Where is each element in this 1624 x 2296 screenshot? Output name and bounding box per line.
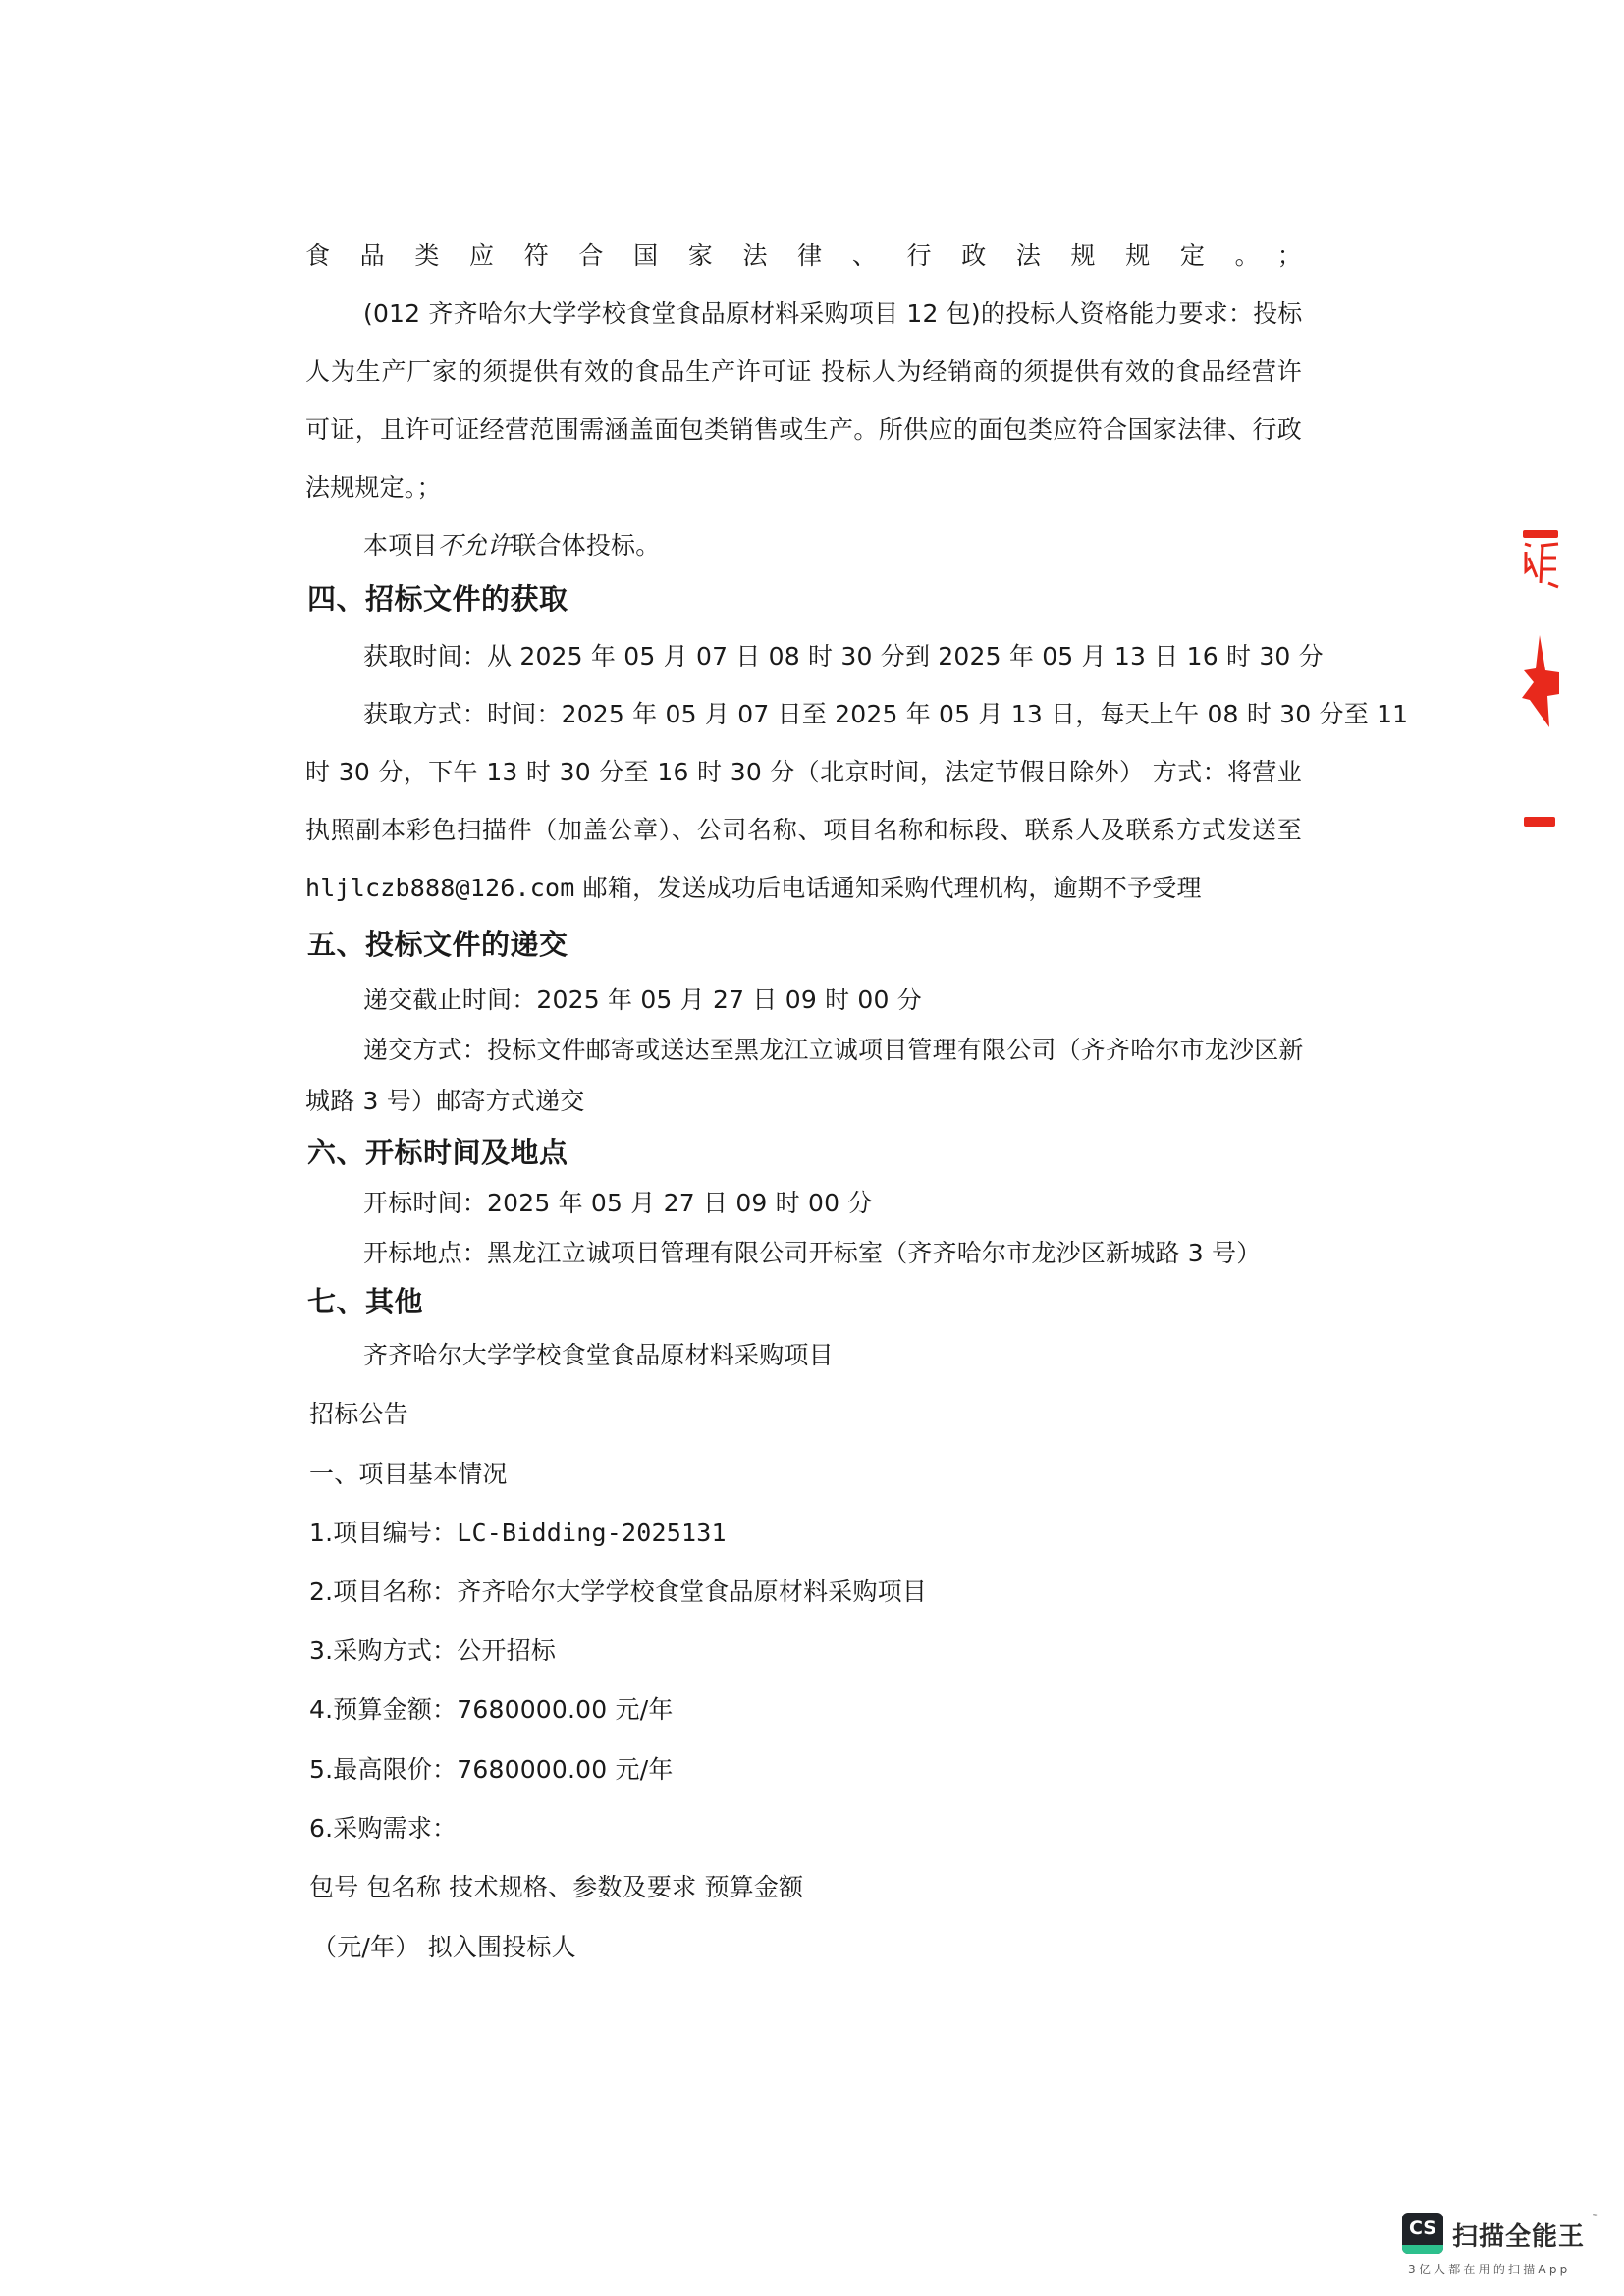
project-info-item: 3.采购方式：公开招标 bbox=[309, 1635, 556, 1667]
opening-time: 开标时间：2025 年 05 月 27 日 09 时 00 分 bbox=[363, 1188, 873, 1219]
paragraph-line: 法规规定。； bbox=[305, 472, 442, 504]
watermark-app-name: 扫描全能王 bbox=[1452, 2216, 1585, 2253]
item-label: 2.项目名称： bbox=[309, 1577, 457, 1606]
acquisition-method-line: 时 30 分，下午 13 时 30 分至 16 时 30 分（北京时间，法定节假… bbox=[305, 757, 1302, 788]
submission-deadline: 递交截止时间：2025 年 05 月 27 日 09 时 00 分 bbox=[363, 985, 922, 1016]
section-heading-7: 七、其他 bbox=[307, 1286, 423, 1317]
item-label: 1.项目编号： bbox=[309, 1519, 457, 1547]
item-label: 6.采购需求： bbox=[309, 1814, 457, 1842]
camscanner-logo-icon: CS bbox=[1402, 2213, 1443, 2254]
item-label: 3.采购方式： bbox=[309, 1636, 457, 1665]
item-value: 齐齐哈尔大学学校食堂食品原材料采购项目 bbox=[457, 1577, 927, 1606]
section-heading-5: 五、投标文件的递交 bbox=[307, 929, 568, 960]
opening-place: 开标地点：黑龙江立诚项目管理有限公司开标室（齐齐哈尔市龙沙区新城路 3 号） bbox=[363, 1238, 1261, 1269]
red-seal-star-icon bbox=[1520, 633, 1559, 731]
trademark-symbol: ™ bbox=[1592, 2213, 1599, 2221]
project-info-item: 6.采购需求： bbox=[309, 1813, 457, 1844]
scanner-watermark: CS 扫描全能王 ™ 3亿人都在用的扫描App bbox=[1402, 2213, 1624, 2281]
project-info-item: 2.项目名称：齐齐哈尔大学学校食堂食品原材料采购项目 bbox=[309, 1576, 927, 1608]
watermark-tagline: 3亿人都在用的扫描App bbox=[1408, 2261, 1570, 2277]
announcement-subheading: 一、项目基本情况 bbox=[309, 1459, 508, 1490]
item-value: 7680000.00 元/年 bbox=[457, 1695, 673, 1724]
acquisition-method-line: 获取方式：时间：2025 年 05 月 07 日至 2025 年 05 月 13… bbox=[363, 699, 1302, 730]
section-heading-4: 四、招标文件的获取 bbox=[307, 583, 568, 614]
acquisition-method-line: 执照副本彩色扫描件（加盖公章）、公司名称、项目名称和标段、联系人及联系方式发送至 bbox=[305, 815, 1302, 846]
requirements-table-header: 包号 包名称 技术规格、参数及要求 预算金额 bbox=[309, 1872, 803, 1903]
paragraph-line: 可证，且许可证经营范围需涵盖面包类销售或生产。所供应的面包类应符合国家法律、行政 bbox=[305, 414, 1302, 446]
email-instructions: 邮箱，发送成功后电话通知采购代理机构，逾期不予受理 bbox=[575, 874, 1202, 902]
consortium-note-prefix: 本项目 bbox=[363, 531, 438, 560]
paragraph-line: 食品类应符合国家法律、行政法规规定。； bbox=[305, 240, 1302, 272]
consortium-note: 本项目不允许联合体投标。 bbox=[363, 530, 660, 561]
consortium-note-emphasis: 不允许 bbox=[438, 531, 513, 560]
item-value: 公开招标 bbox=[457, 1636, 556, 1665]
acquisition-time: 获取时间：从 2025 年 05 月 07 日 08 时 30 分到 2025 … bbox=[363, 641, 1324, 672]
item-label: 5.最高限价： bbox=[309, 1755, 457, 1784]
red-seal-character-icon bbox=[1519, 528, 1562, 589]
project-info-item: 5.最高限价：7680000.00 元/年 bbox=[309, 1754, 674, 1786]
submission-method-line: 递交方式：投标文件邮寄或送达至黑龙江立诚项目管理有限公司（齐齐哈尔市龙沙区新 bbox=[363, 1035, 1302, 1066]
project-info-item: 1.项目编号：LC-Bidding-2025131 bbox=[309, 1518, 727, 1549]
paragraph-line: (012 齐齐哈尔大学学校食堂食品原材料采购项目 12 包)的投标人资格能力要求… bbox=[363, 298, 1302, 330]
scanned-document-page: 食品类应符合国家法律、行政法规规定。； (012 齐齐哈尔大学学校食堂食品原材料… bbox=[0, 0, 1624, 2296]
item-value: LC-Bidding-2025131 bbox=[457, 1519, 727, 1547]
item-value: 7680000.00 元/年 bbox=[457, 1755, 673, 1784]
project-name: 齐齐哈尔大学学校食堂食品原材料采购项目 bbox=[363, 1340, 834, 1371]
email-address: hljlczb888@126.com bbox=[305, 874, 575, 902]
item-label: 4.预算金额： bbox=[309, 1695, 457, 1724]
requirements-table-header: （元/年） 拟入围投标人 bbox=[312, 1932, 576, 1963]
consortium-note-suffix: 联合体投标。 bbox=[512, 531, 660, 560]
project-info-item: 4.预算金额：7680000.00 元/年 bbox=[309, 1694, 674, 1726]
announcement-title: 招标公告 bbox=[309, 1399, 408, 1430]
submission-method-line: 城路 3 号）邮寄方式递交 bbox=[305, 1086, 584, 1117]
acquisition-method-line: hljlczb888@126.com 邮箱，发送成功后电话通知采购代理机构，逾期… bbox=[305, 873, 1202, 904]
section-heading-6: 六、开标时间及地点 bbox=[307, 1137, 568, 1168]
paragraph-line: 人为生产厂家的须提供有效的食品生产许可证 投标人为经销商的须提供有效的食品经营许 bbox=[305, 356, 1302, 388]
red-seal-edge-fragment bbox=[1524, 817, 1555, 827]
